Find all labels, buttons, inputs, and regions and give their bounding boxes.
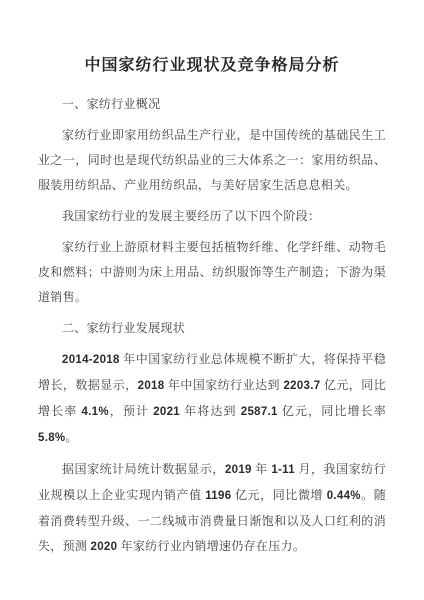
text-run: 家纺行业上游原材料主要包括植物纤维、化学纤维、动物毛皮和燃料；中游则为床上用品、… xyxy=(38,240,386,304)
text-run: 年将达到 xyxy=(180,404,241,418)
body-paragraph: 家纺行业上游原材料主要包括植物纤维、化学纤维、动物毛皮和燃料；中游则为床上用品、… xyxy=(38,235,386,310)
numeric-text-run: 1-11 xyxy=(271,464,295,476)
text-run: ，预计 xyxy=(109,404,153,418)
numeric-text-run: 2020 xyxy=(91,541,118,553)
numeric-text-run: 5.8% xyxy=(38,432,65,444)
numeric-text-run: 2018 xyxy=(138,380,165,392)
text-run: 年中国家纺行业达到 xyxy=(164,378,283,392)
text-run: 家纺行业即家用纺织品生产行业，是中国传统的基础民生工业之一，同时也是现代纺织品业… xyxy=(38,128,386,192)
text-run: 亿元，同比微增 xyxy=(231,488,326,502)
text-run: 亿元，同比增长率 xyxy=(278,404,386,418)
numeric-text-run: 2021 xyxy=(153,406,180,418)
text-run: 年 xyxy=(252,462,272,476)
text-run: 据国家统计局统计数据显示， xyxy=(62,462,225,476)
text-run: 二、家纺行业发展现状 xyxy=(62,321,185,335)
numeric-text-run: 2019 xyxy=(225,464,252,476)
body-paragraph: 我国家纺行业的发展主要经历了以下四个阶段： xyxy=(38,204,386,229)
text-run: 年家纺行业内销增速仍存在压力。 xyxy=(117,539,305,553)
numeric-text-run: 2203.7 xyxy=(283,380,320,392)
numeric-text-run: 4.1% xyxy=(81,406,108,418)
body-paragraph: 2014-2018 年中国家纺行业总体规模不断扩大，将保持平稳增长，数据显示，2… xyxy=(38,347,386,451)
text-run: 一、家纺行业概况 xyxy=(62,97,160,111)
text-run: 。 xyxy=(65,430,77,444)
body-paragraph: 据国家统计局统计数据显示，2019 年 1-11 月，我国家纺行业规模以上企业实… xyxy=(38,457,386,560)
numeric-text-run: 0.44% xyxy=(327,490,361,502)
section-heading: 一、家纺行业概况 xyxy=(38,92,386,117)
body-paragraph: 家纺行业即家用纺织品生产行业，是中国传统的基础民生工业之一，同时也是现代纺织品业… xyxy=(38,123,386,198)
numeric-text-run: 2014-2018 xyxy=(62,354,120,366)
document-page: 中国家纺行业现状及竞争格局分析 一、家纺行业概况家纺行业即家用纺织品生产行业，是… xyxy=(0,0,424,600)
numeric-text-run: 1196 xyxy=(205,490,231,502)
text-run: 我国家纺行业的发展主要经历了以下四个阶段： xyxy=(62,209,320,223)
section-heading: 二、家纺行业发展现状 xyxy=(38,316,386,341)
numeric-text-run: 2587.1 xyxy=(241,406,278,418)
document-title: 中国家纺行业现状及竞争格局分析 xyxy=(38,54,386,78)
document-body: 一、家纺行业概况家纺行业即家用纺织品生产行业，是中国传统的基础民生工业之一，同时… xyxy=(38,92,386,560)
